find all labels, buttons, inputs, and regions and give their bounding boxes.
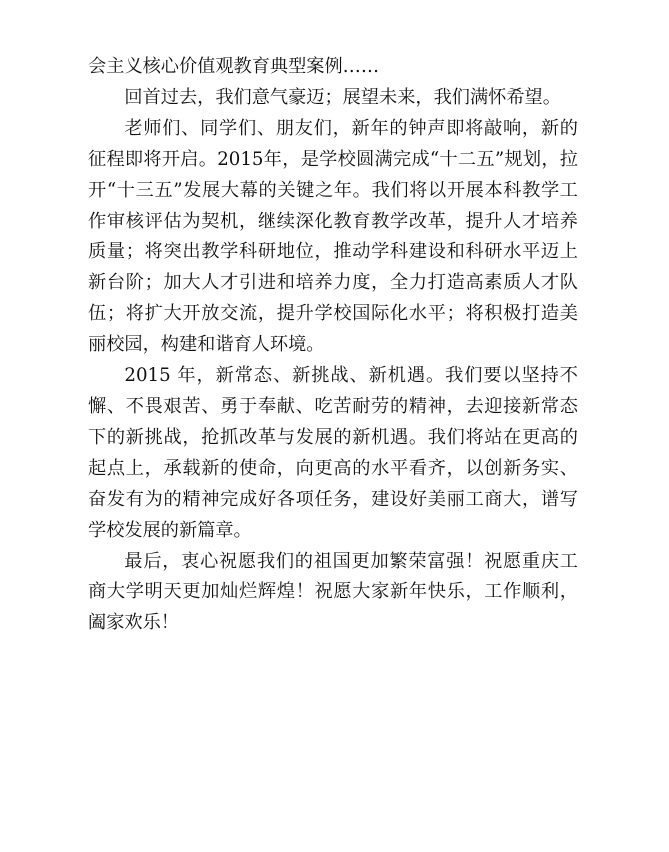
paragraph-continuation: 会主义核心价值观教育典型案例…… <box>88 52 578 83</box>
paragraph-2015-challenges: 2015 年，新常态、新挑战、新机遇。我们要以坚持不懈、不畏艰苦、勇于奉献、吃苦… <box>88 361 578 546</box>
document-page: 会主义核心价值观教育典型案例…… 回首过去，我们意气豪迈；展望未来，我们满怀希望… <box>88 52 578 639</box>
paragraph-closing-wishes: 最后，衷心祝愿我们的祖国更加繁荣富强！祝愿重庆工商大学明天更加灿烂辉煌！祝愿大家… <box>88 547 578 640</box>
paragraph-review-outlook: 回首过去，我们意气豪迈；展望未来，我们满怀希望。 <box>88 83 578 114</box>
paragraph-new-year-plans: 老师们、同学们、朋友们，新年的钟声即将敲响，新的征程即将开启。2015年，是学校… <box>88 114 578 361</box>
